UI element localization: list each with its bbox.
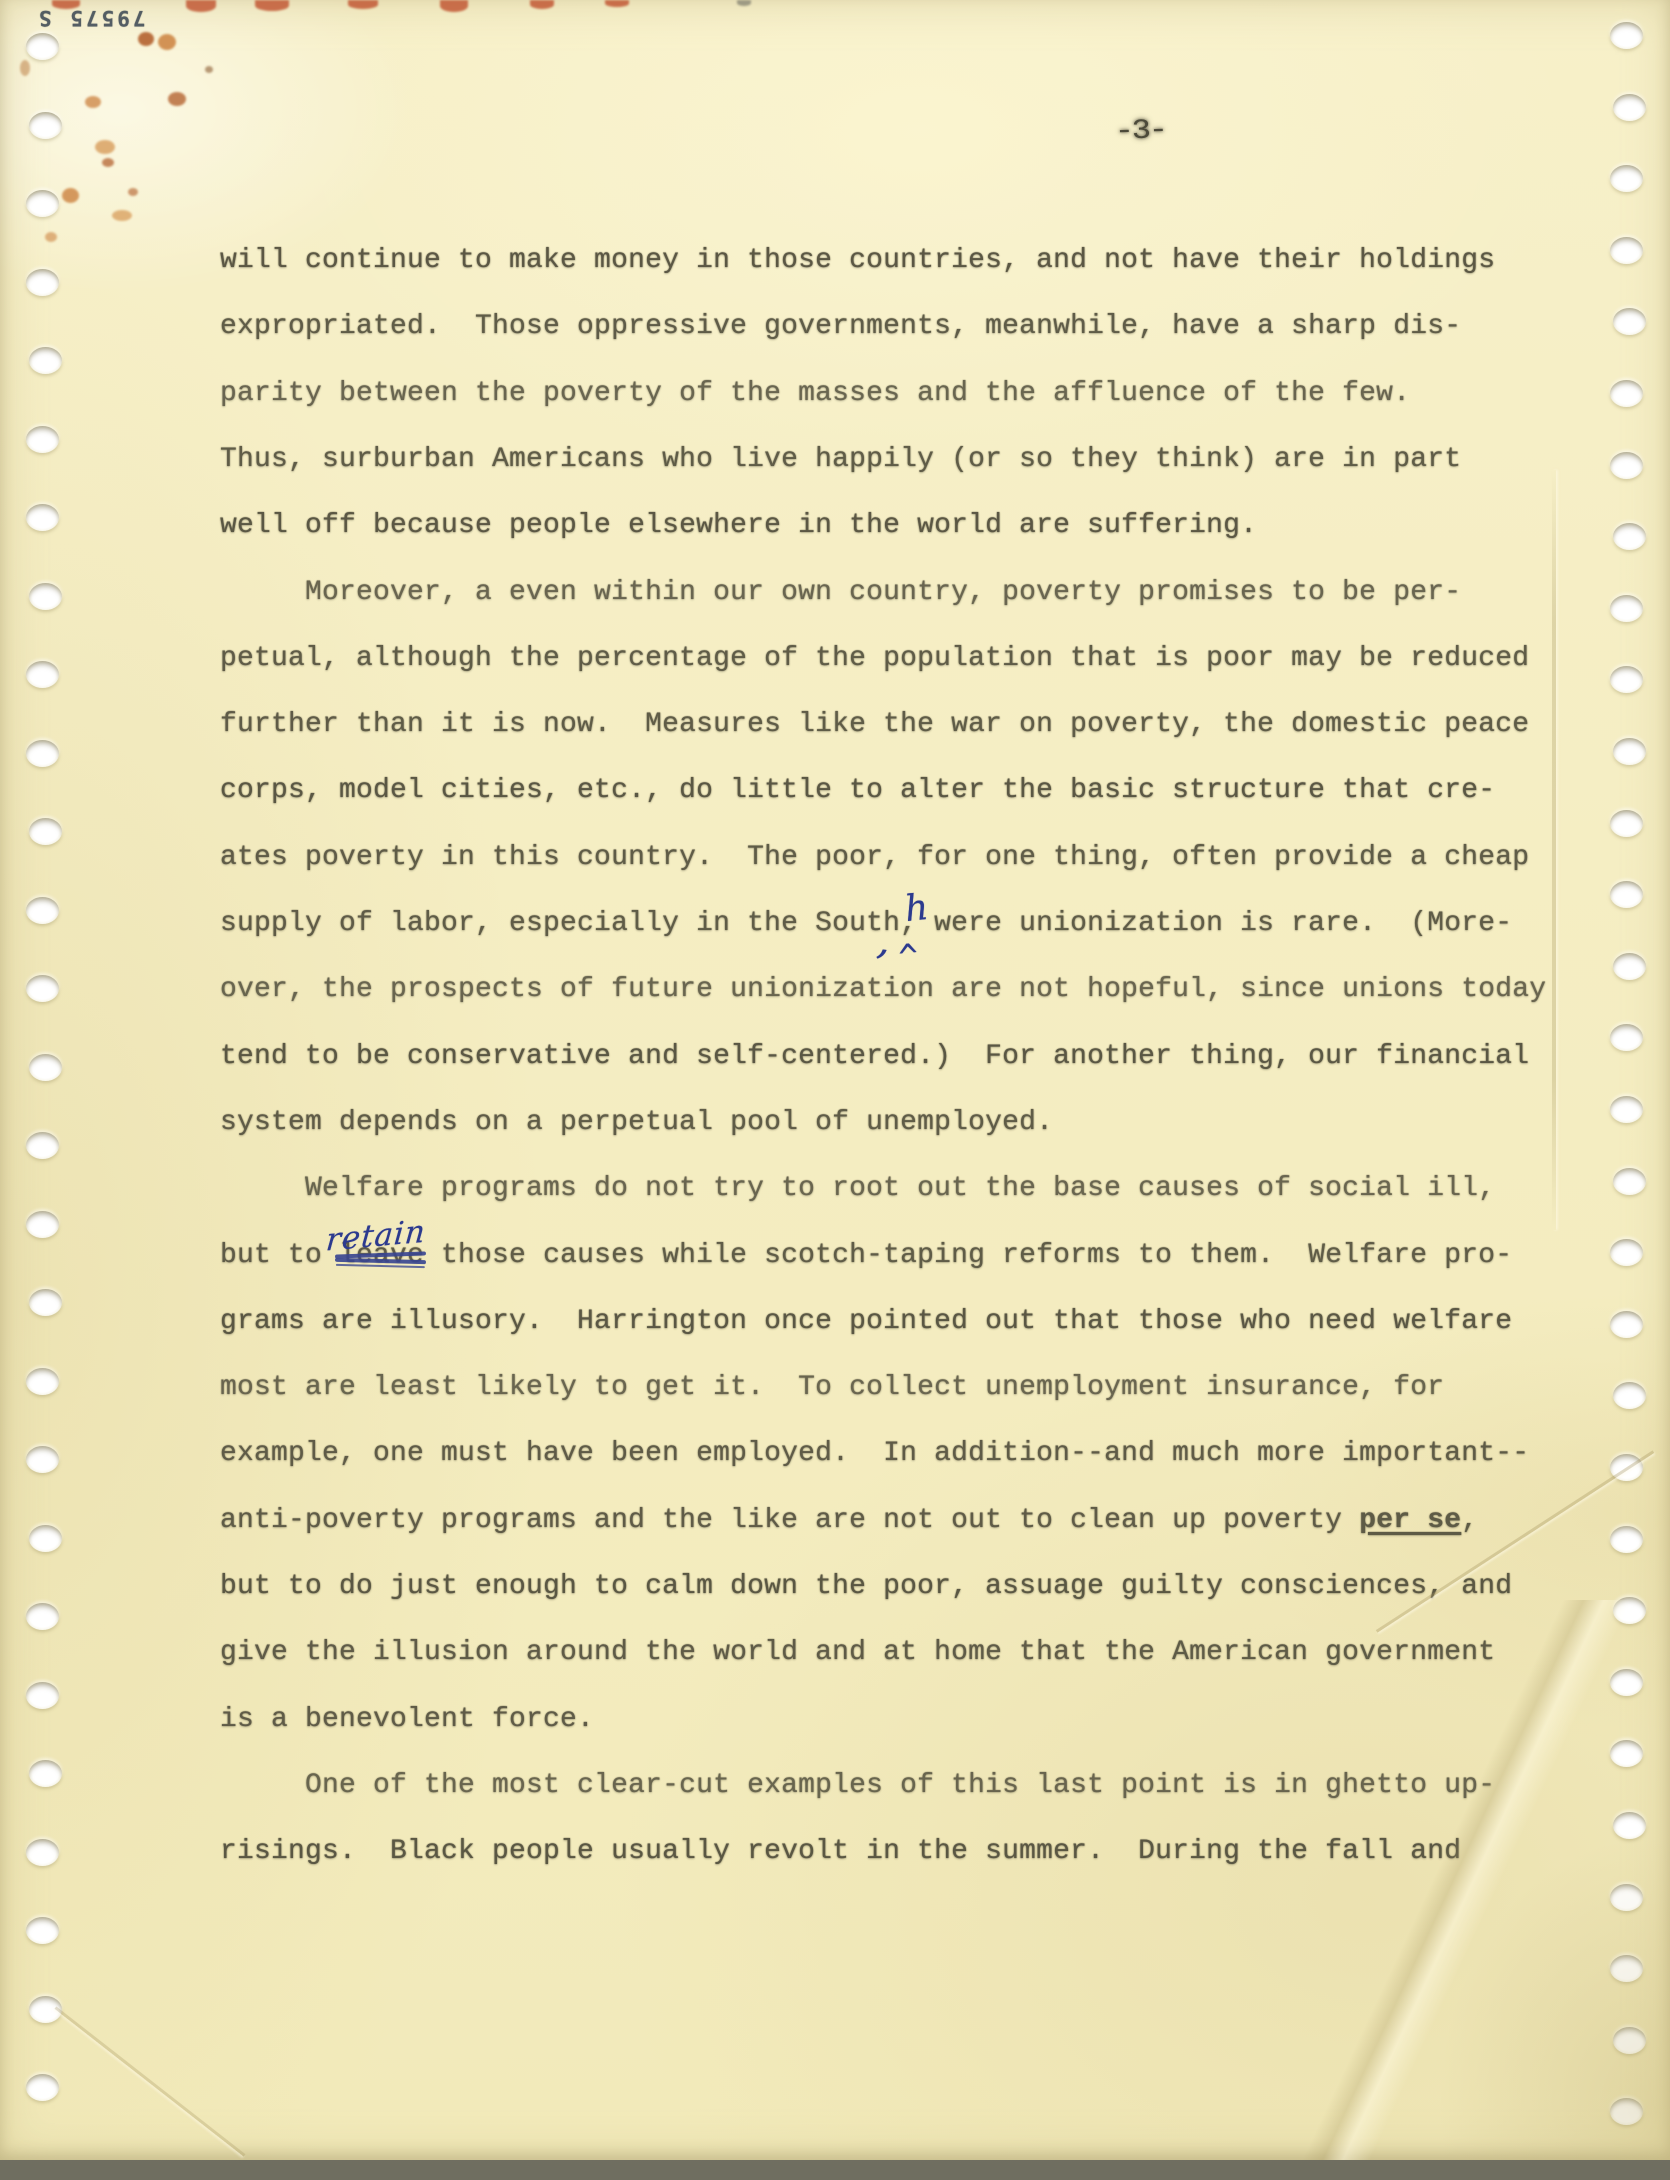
punch-hole <box>1610 452 1643 479</box>
punch-hole <box>29 1054 62 1081</box>
typewritten-line: but to do just enough to calm down the p… <box>220 1570 1512 1604</box>
punch-hole <box>1610 1884 1643 1911</box>
punch-hole <box>26 1603 59 1630</box>
underlined-phrase: per se <box>1359 1505 1461 1536</box>
typewritten-line: parity between the poverty of the masses… <box>220 377 1410 411</box>
punch-hole <box>1610 1096 1643 1123</box>
punch-hole <box>1613 1597 1646 1624</box>
gray-edge-mark <box>737 0 751 6</box>
typewritten-line: will continue to make money in those cou… <box>220 244 1495 278</box>
punch-hole <box>1613 1168 1646 1195</box>
red-edge-mark <box>530 0 554 9</box>
punch-hole <box>29 818 62 845</box>
red-edge-mark <box>348 0 378 9</box>
red-edge-mark <box>605 0 629 7</box>
punch-hole <box>1610 666 1643 693</box>
punch-hole <box>26 1132 59 1159</box>
typewritten-line: Moreover, a even within our own country,… <box>220 576 1461 610</box>
punch-hole <box>26 269 59 296</box>
punch-hole <box>1610 380 1643 407</box>
punch-hole <box>1610 165 1643 192</box>
punch-hole <box>26 1368 59 1395</box>
punch-hole <box>26 1917 59 1944</box>
typewritten-line: system depends on a perpetual pool of un… <box>220 1106 1053 1140</box>
punch-hole <box>1610 810 1643 837</box>
punch-hole <box>1610 22 1643 49</box>
punch-hole <box>29 1996 62 2023</box>
punch-hole <box>26 1446 59 1473</box>
punch-hole <box>1613 953 1646 980</box>
crease-bottom-left-diagonal <box>55 2006 246 2156</box>
typewritten-line: give the illusion around the world and a… <box>220 1636 1495 1670</box>
punch-hole <box>1613 94 1646 121</box>
red-edge-mark <box>52 0 80 9</box>
punch-hole <box>29 1289 62 1316</box>
punch-hole <box>1610 1311 1643 1338</box>
typewritten-line: Welfare programs do not try to root out … <box>220 1172 1495 1206</box>
punch-hole <box>1610 2098 1643 2125</box>
typewritten-line: over, the prospects of future unionizati… <box>220 973 1546 1007</box>
red-edge-mark <box>440 0 468 12</box>
typewritten-line: anti-poverty programs and the like are n… <box>220 1504 1478 1538</box>
punch-hole <box>29 347 62 374</box>
typewritten-line: well off because people elsewhere in the… <box>220 509 1257 543</box>
punch-hole <box>26 975 59 1002</box>
rust-stain <box>95 140 115 154</box>
rust-stain <box>102 158 114 167</box>
red-edge-mark <box>255 0 289 11</box>
punch-hole <box>26 33 59 60</box>
rust-stain <box>168 92 186 106</box>
typewritten-line: supply of labor, especially in the South… <box>220 907 1512 941</box>
punch-hole <box>26 897 59 924</box>
punch-hole <box>26 661 59 688</box>
crease-right-vertical <box>1552 470 1556 1230</box>
punch-hole <box>1610 1454 1643 1481</box>
punch-hole <box>1610 1669 1643 1696</box>
punch-hole <box>26 740 59 767</box>
rust-stain <box>158 34 176 50</box>
typewritten-line: most are least likely to get it. To coll… <box>220 1371 1444 1405</box>
handwritten-insert-letter: h <box>903 887 930 930</box>
punch-hole <box>1610 1740 1643 1767</box>
rust-stain <box>62 188 79 203</box>
typewritten-line: ates poverty in this country. The poor, … <box>220 841 1529 875</box>
typewritten-line: corps, model cities, etc., do little to … <box>220 774 1495 808</box>
punch-hole <box>1613 308 1646 335</box>
punch-hole <box>26 1839 59 1866</box>
punch-hole <box>1610 1239 1643 1266</box>
punch-hole <box>26 190 59 217</box>
rust-stain <box>20 60 30 76</box>
punch-hole <box>1610 595 1643 622</box>
punch-hole <box>1610 1024 1643 1051</box>
archive-stamp: 79575 S <box>36 6 146 30</box>
typewritten-line: Thus, surburban Americans who live happi… <box>220 443 1461 477</box>
typewritten-line: expropriated. Those oppressive governmen… <box>220 310 1461 344</box>
punch-hole <box>29 583 62 610</box>
typewritten-line: is a benevolent force. <box>220 1703 594 1737</box>
rust-stain <box>85 96 101 108</box>
punch-hole <box>26 504 59 531</box>
rust-stain <box>138 32 154 46</box>
typewritten-line: further than it is now. Measures like th… <box>220 708 1529 742</box>
typewritten-line: example, one must have been employed. In… <box>220 1437 1529 1471</box>
punch-hole <box>26 426 59 453</box>
document-page: 79575 S -3- will continue to make money … <box>0 0 1670 2160</box>
punch-hole <box>1613 1382 1646 1409</box>
typewritten-line: petual, although the percentage of the p… <box>220 642 1529 676</box>
punch-hole <box>29 1525 62 1552</box>
crumpled-corner-shading <box>1250 1600 1670 2160</box>
punch-hole <box>1610 237 1643 264</box>
punch-hole <box>26 2074 59 2101</box>
punch-hole <box>29 112 62 139</box>
punch-hole <box>1613 523 1646 550</box>
punch-hole <box>26 1682 59 1709</box>
punch-hole <box>1610 881 1643 908</box>
page-number: -3- <box>1114 115 1166 148</box>
punch-hole <box>26 1211 59 1238</box>
rust-stain <box>128 188 138 196</box>
typewritten-line: grams are illusory. Harrington once poin… <box>220 1305 1512 1339</box>
typewritten-line: tend to be conservative and self-centere… <box>220 1040 1529 1074</box>
rust-stain <box>45 232 57 242</box>
punch-hole <box>1613 2027 1646 2054</box>
rust-stain <box>112 210 132 221</box>
punch-hole <box>1613 1812 1646 1839</box>
typewritten-line: One of the most clear-cut examples of th… <box>220 1769 1495 1803</box>
punch-hole <box>29 1760 62 1787</box>
typewritten-line: risings. Black people usually revolt in … <box>220 1835 1461 1869</box>
handwritten-caret: ^ <box>896 937 921 978</box>
punch-hole <box>1613 738 1646 765</box>
punch-hole <box>1610 1955 1643 1982</box>
red-edge-mark <box>186 0 216 12</box>
rust-stain <box>205 66 213 73</box>
punch-hole <box>1610 1526 1643 1553</box>
